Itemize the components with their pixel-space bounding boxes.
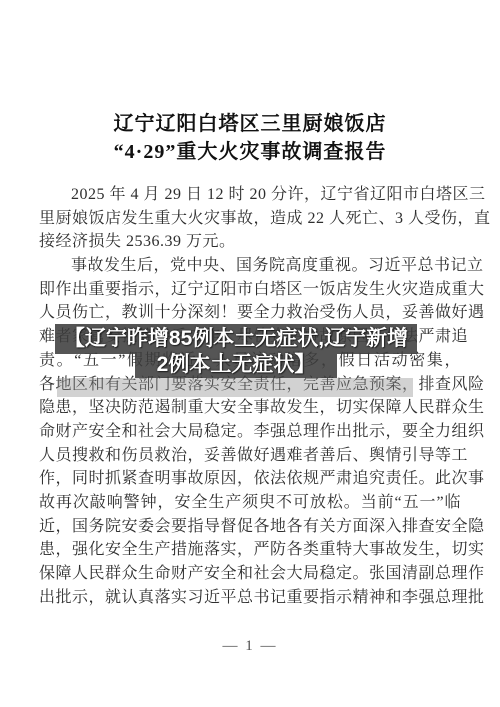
- body-line: 故再次敲响警钟，安全生产须臾不可放松。当前“五一”临: [39, 491, 461, 515]
- body-line: 出批示，就认真落实习近平总书记重要指示精神和李强总理批: [39, 586, 461, 610]
- body-line: 里厨娘饭店发生重大火灾事故，造成 22 人死亡、3 人受伤，直: [39, 207, 461, 231]
- document-page: 辽宁辽阳白塔区三里厨娘饭店 “4·29”重大火灾事故调查报告 2025 年 4 …: [0, 0, 500, 707]
- body-line: 患，强化安全生产措施落实，严防各类重特大事故发生，切实: [39, 538, 461, 562]
- document-body: 2025 年 4 月 29 日 12 时 20 分许，辽宁省辽阳市白塔区三 里厨…: [39, 183, 461, 609]
- body-line: 隐患，坚决防范遏制重大安全事故发生，切实保障人民群众生: [39, 396, 461, 420]
- body-line: 责。“五一”假期临近，人员流动增多，假日活动密集，: [39, 349, 461, 373]
- body-line: 作，同时抓紧查明事故原因，依法依规严肃追究责任。此次事: [39, 467, 461, 491]
- body-line: 人员伤亡，教训十分深刻！要全力救治受伤人员，妥善做好遇: [39, 301, 461, 325]
- body-line: 事故发生后，党中央、国务院高度重视。习近平总书记立: [39, 254, 461, 278]
- body-line: 难者家属安抚等善后工作，尽快查明事故原因，依法严肃追: [39, 325, 461, 349]
- body-line: 2025 年 4 月 29 日 12 时 20 分许，辽宁省辽阳市白塔区三: [39, 183, 461, 207]
- report-title-line-2: “4·29”重大火灾事故调查报告: [0, 138, 500, 166]
- report-title-line-1: 辽宁辽阳白塔区三里厨娘饭店: [0, 110, 500, 138]
- body-line: 各地区和有关部门要落实安全责任，完善应急预案，排查风险: [39, 373, 461, 397]
- body-line: 近，国务院安委会要指导督促各地各有关方面深入排查安全隐: [39, 515, 461, 539]
- body-line: 保障人民群众生命财产安全和社会大局稳定。张国清副总理作: [39, 562, 461, 586]
- body-line: 接经济损失 2536.39 万元。: [39, 230, 461, 254]
- page-number: — 1 —: [0, 638, 500, 655]
- body-line: 人员搜救和伤员救治，妥善做好遇难者善后、舆情引导等工: [39, 444, 461, 468]
- report-title: 辽宁辽阳白塔区三里厨娘饭店 “4·29”重大火灾事故调查报告: [0, 110, 500, 166]
- body-line: 命财产安全和社会大局稳定。李强总理作出批示，要全力组织: [39, 420, 461, 444]
- body-line: 即作出重要指示，辽宁辽阳市白塔区一饭店发生火灾造成重大: [39, 278, 461, 302]
